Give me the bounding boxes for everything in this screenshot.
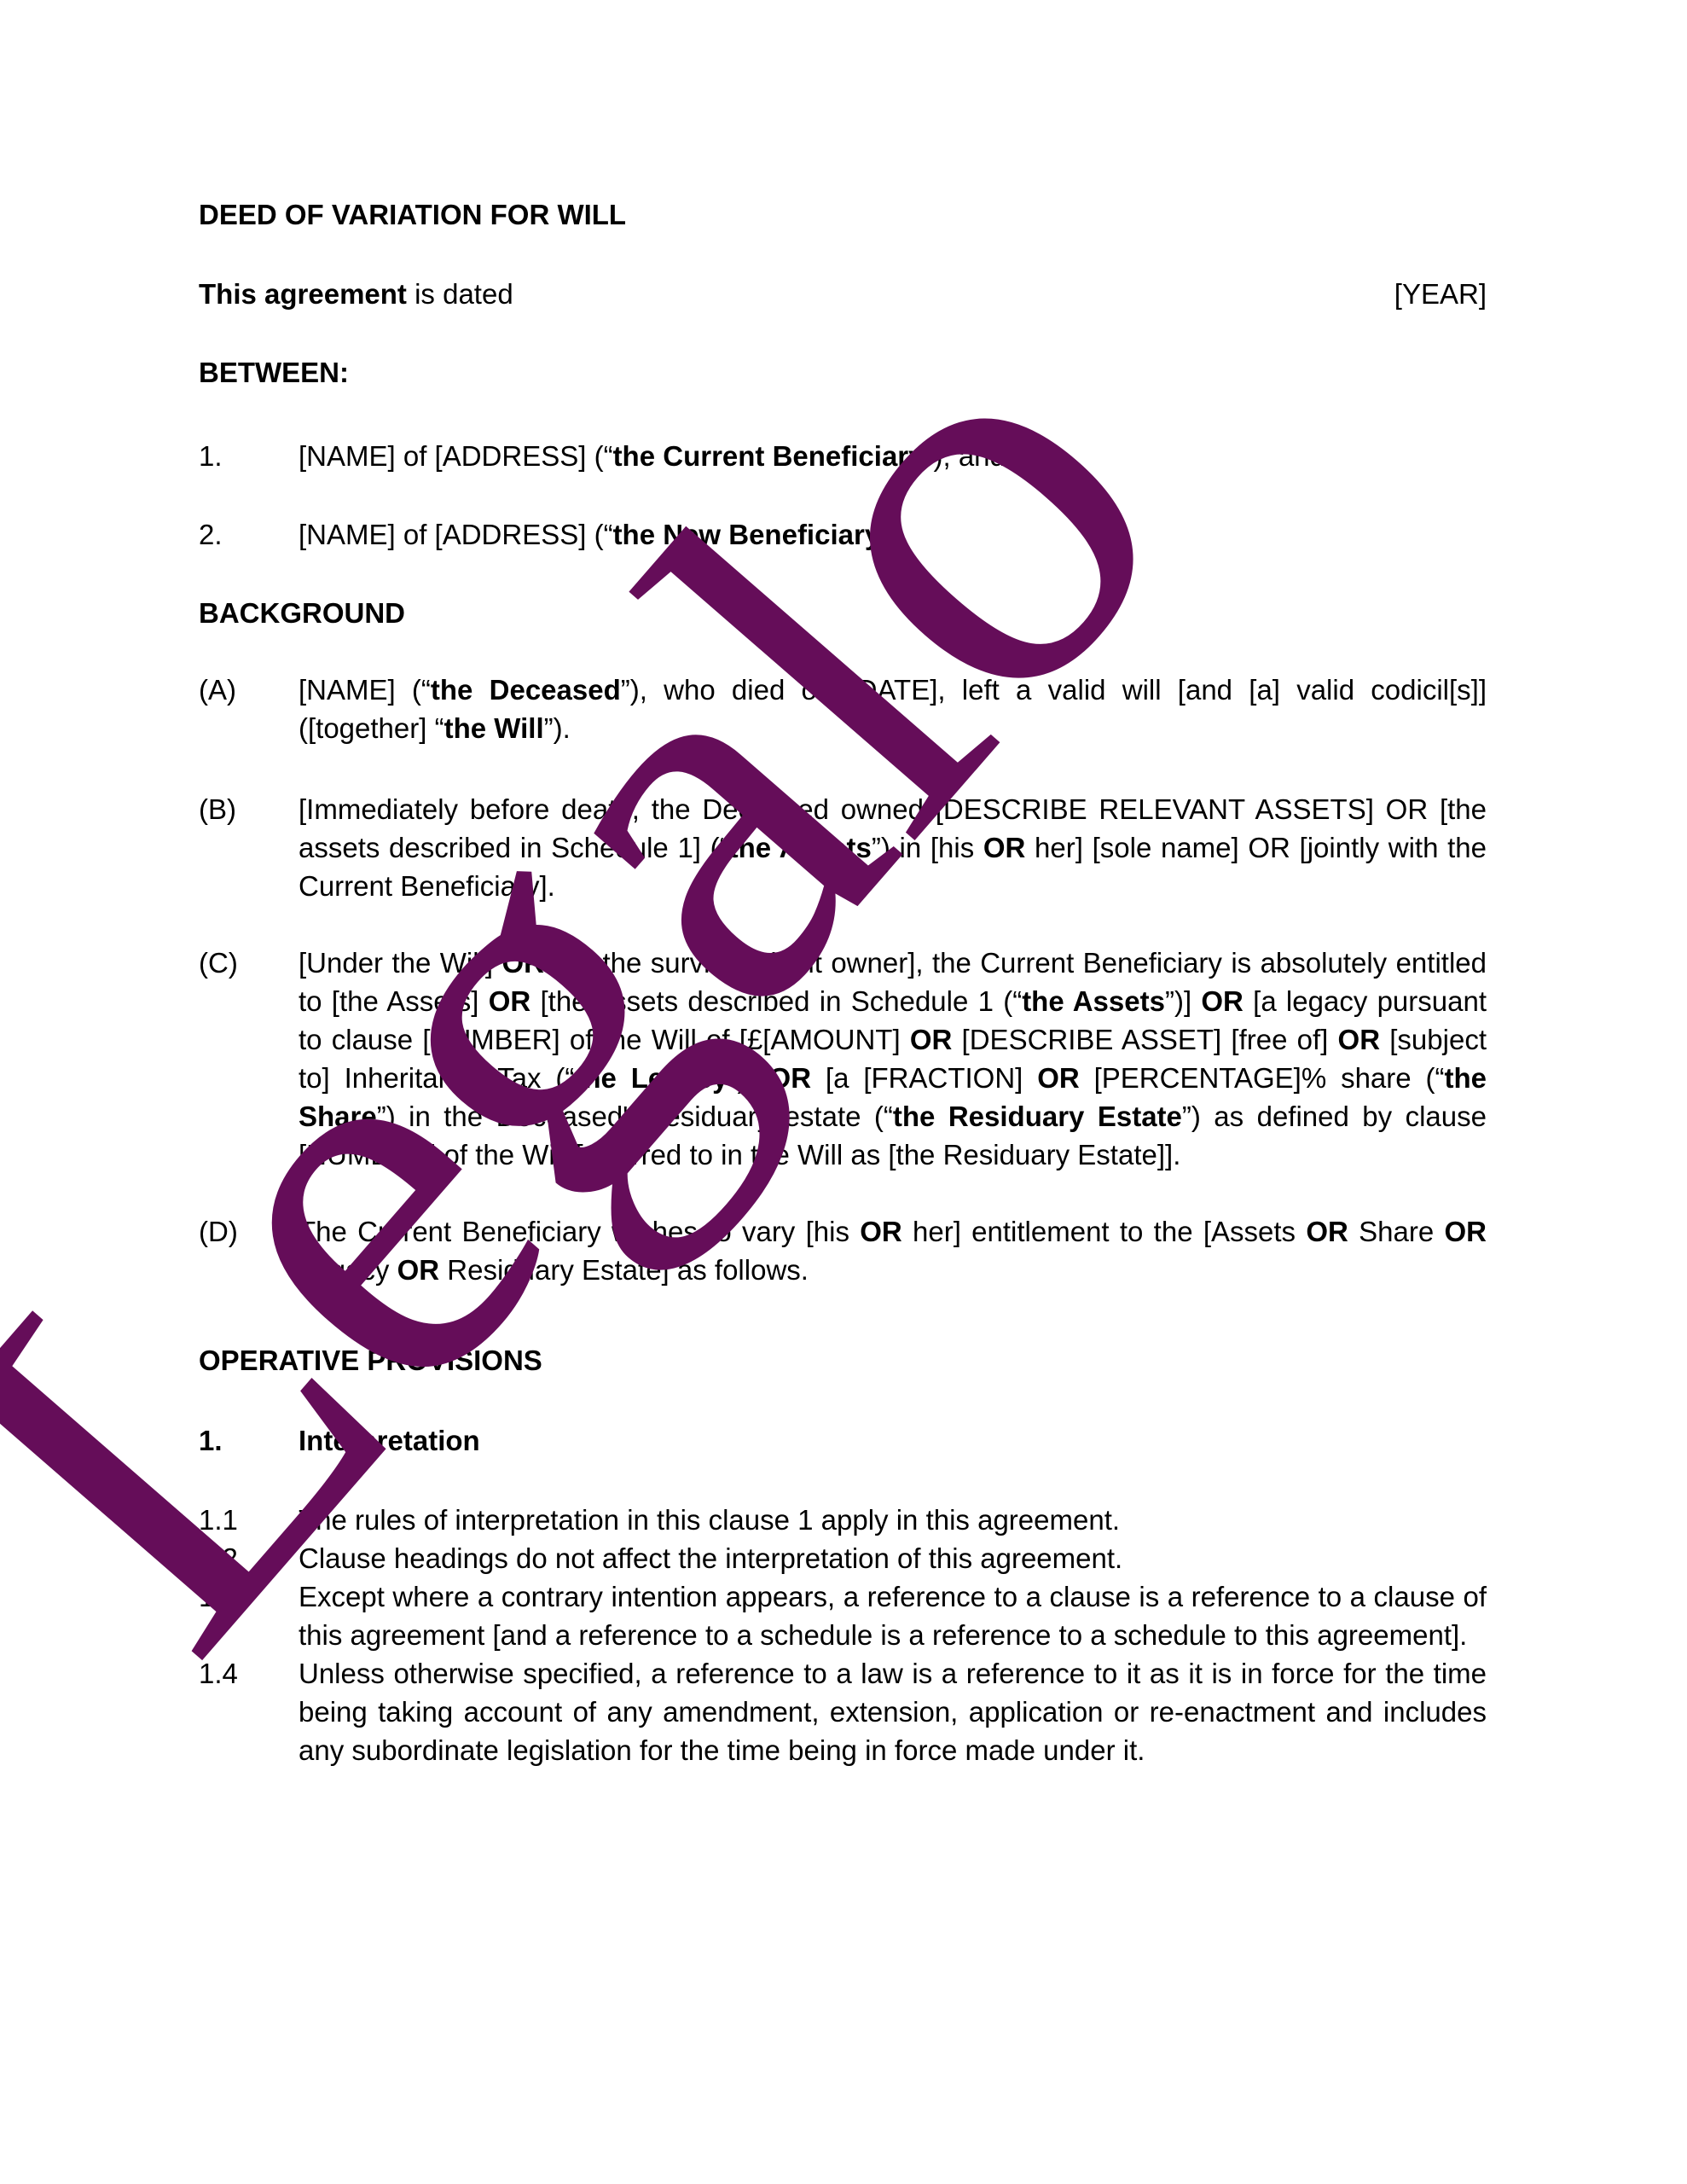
party-2: 2. [NAME] of [ADDRESS] (“the New Benefic…	[199, 515, 1487, 554]
recital-b: (B) [Immediately before death, the Decea…	[199, 790, 1487, 905]
dated-value: [YEAR]	[1394, 275, 1487, 313]
recital-text: [Under the Will] OR [As the surviving jo…	[299, 944, 1487, 1174]
between-heading: BETWEEN:	[199, 353, 1487, 392]
recital-label: (D)	[199, 1212, 299, 1289]
recital-text: [Immediately before death, the Deceased …	[299, 790, 1487, 905]
clause-title: Interpretation	[299, 1421, 1487, 1460]
document-page: DEED OF VARIATION FOR WILL This agreemen…	[0, 0, 1687, 2184]
subclause-number: 1.1	[199, 1501, 299, 1539]
subclause-1-3: 1.3 Except where a contrary intention ap…	[199, 1577, 1487, 1654]
recital-c: (C) [Under the Will] OR [As the survivin…	[199, 944, 1487, 1174]
party-number: 1.	[199, 437, 299, 475]
subclause-list: 1.1 The rules of interpretation in this …	[199, 1501, 1487, 1769]
subclause-1-4: 1.4 Unless otherwise specified, a refere…	[199, 1654, 1487, 1769]
background-heading: BACKGROUND	[199, 594, 1487, 632]
party-number: 2.	[199, 515, 299, 554]
operative-heading: OPERATIVE PROVISIONS	[199, 1341, 1487, 1380]
recital-a: (A) [NAME] (“the Deceased”), who died on…	[199, 671, 1487, 747]
subclause-text: Unless otherwise specified, a reference …	[299, 1654, 1487, 1769]
party-text: [NAME] of [ADDRESS] (“the Current Benefi…	[299, 437, 1487, 475]
dated-label: This agreement is dated	[199, 275, 513, 313]
subclause-text: The rules of interpretation in this clau…	[299, 1501, 1487, 1539]
subclause-1-2: 1.2 Clause headings do not affect the in…	[199, 1539, 1487, 1577]
subclause-number: 1.4	[199, 1654, 299, 1769]
subclause-text: Clause headings do not affect the interp…	[299, 1539, 1487, 1577]
party-text: [NAME] of [ADDRESS] (“the New Beneficiar…	[299, 515, 1487, 554]
clause-1-heading: 1. Interpretation	[199, 1421, 1487, 1460]
subclause-text: Except where a contrary intention appear…	[299, 1577, 1487, 1654]
clause-number: 1.	[199, 1421, 299, 1460]
recital-label: (C)	[199, 944, 299, 1174]
subclause-1-1: 1.1 The rules of interpretation in this …	[199, 1501, 1487, 1539]
recital-label: (B)	[199, 790, 299, 905]
recital-text: [NAME] (“the Deceased”), who died on [DA…	[299, 671, 1487, 747]
recital-label: (A)	[199, 671, 299, 747]
party-1: 1. [NAME] of [ADDRESS] (“the Current Ben…	[199, 437, 1487, 475]
dated-line: This agreement is dated [YEAR]	[199, 275, 1487, 313]
subclause-number: 1.3	[199, 1577, 299, 1654]
subclause-number: 1.2	[199, 1539, 299, 1577]
document-title: DEED OF VARIATION FOR WILL	[199, 195, 1487, 234]
recital-text: The Current Beneficiary wishes to vary […	[299, 1212, 1487, 1289]
recital-d: (D) The Current Beneficiary wishes to va…	[199, 1212, 1487, 1289]
